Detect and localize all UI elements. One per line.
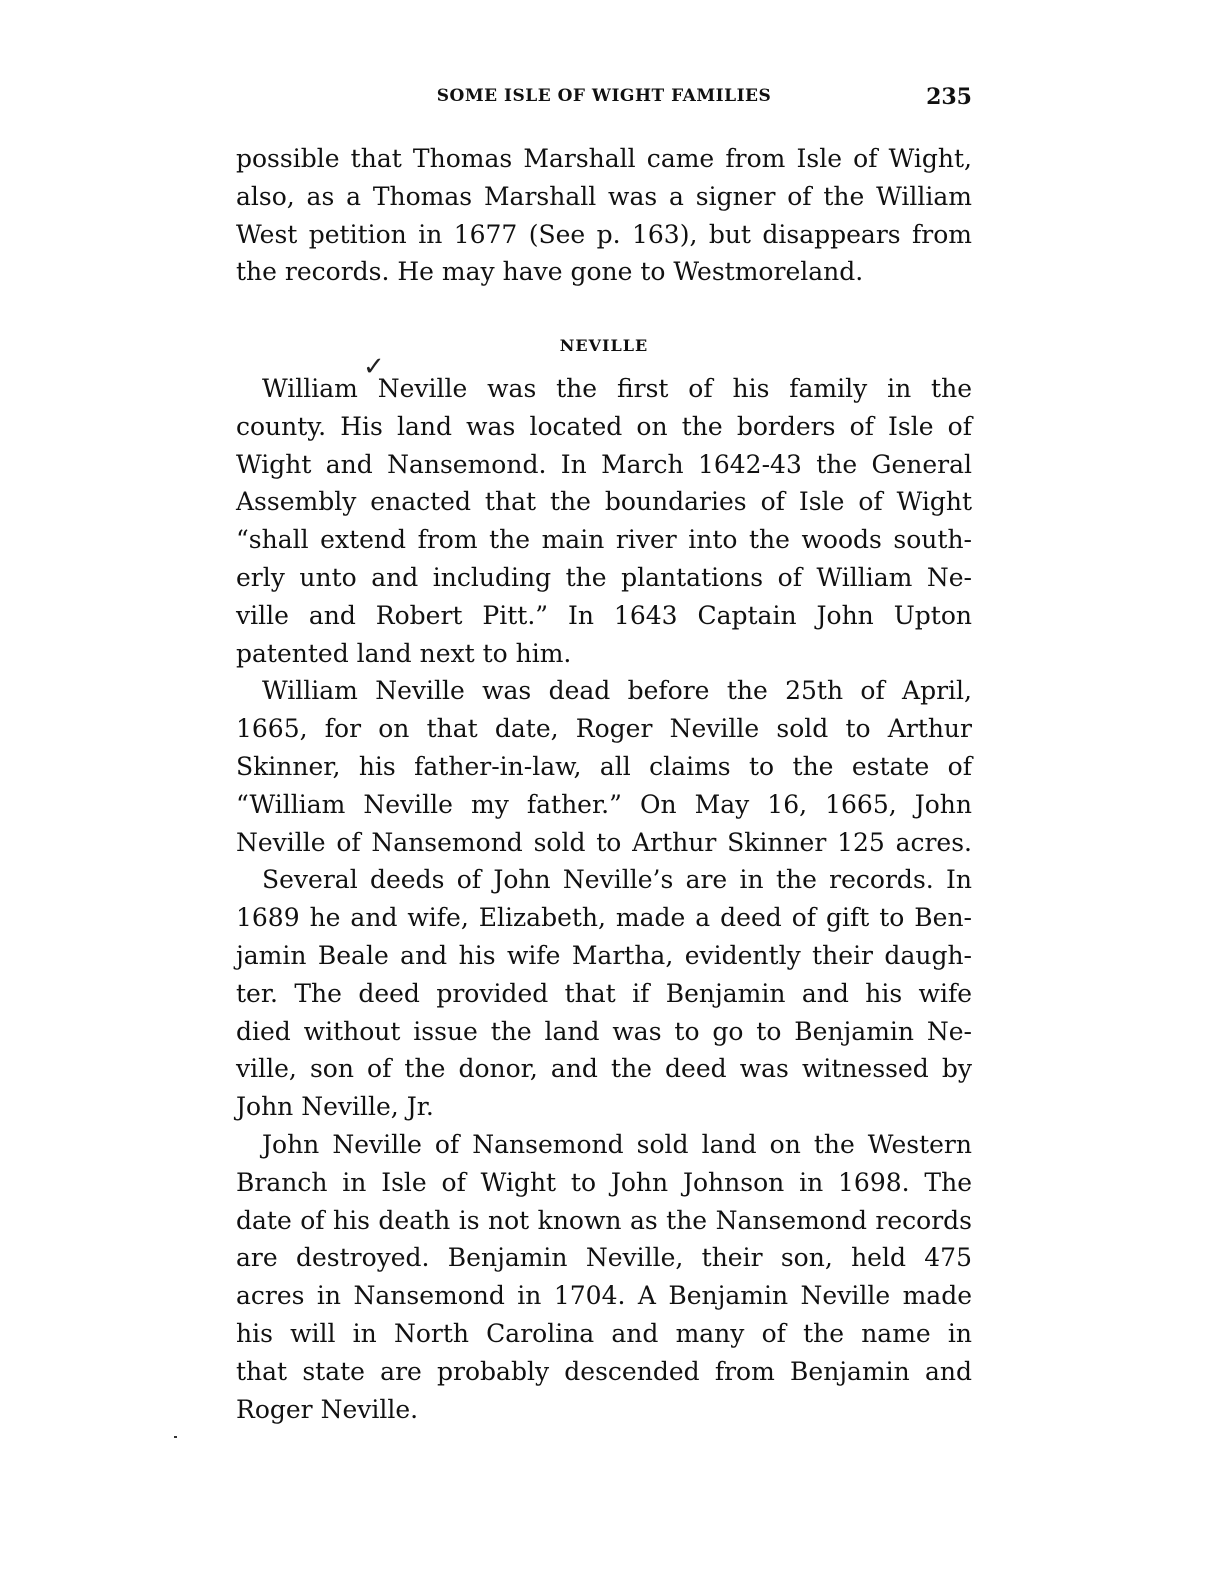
text-line: John Neville, Jr. [236,1088,972,1126]
text-line: Assembly enacted that the boundaries of … [236,483,972,521]
text-line: John Neville of Nansemond sold land on t… [236,1126,972,1164]
section-heading: NEVILLE [236,336,972,355]
text-line: 1665, for on that date, Roger Neville so… [236,710,972,748]
text-line: date of his death is not known as the Na… [236,1202,972,1240]
paragraph-4: John Neville of Nansemond sold land on t… [236,1126,972,1428]
text-line: Neville of Nansemond sold to Arthur Skin… [236,824,972,862]
paragraph-3: Several deeds of John Neville’s are in t… [236,861,972,1126]
text-line: that state are probably descended from B… [236,1353,972,1391]
page-number: 235 [926,84,972,110]
text-line: Wight and Nansemond. In March 1642-43 th… [236,446,972,484]
text-line: acres in Nansemond in 1704. A Benjamin N… [236,1277,972,1315]
running-head: SOME ISLE OF WIGHT FAMILIES 235 [236,84,972,114]
text-line: erly unto and including the plantations … [236,559,972,597]
paragraph-1: William Neville was the first of his fam… [236,370,972,672]
text-line: “shall extend from the main river into t… [236,521,972,559]
text-line: William Neville was the first of his fam… [236,370,972,408]
running-title: SOME ISLE OF WIGHT FAMILIES [236,86,972,106]
text-line: Branch in Isle of Wight to John Johnson … [236,1164,972,1202]
scan-speck [174,1436,177,1438]
book-page: SOME ISLE OF WIGHT FAMILIES 235 possible… [0,0,1224,1584]
text-line: Several deeds of John Neville’s are in t… [236,861,972,899]
text-line: the records. He may have gone to Westmor… [236,253,972,291]
text-line: ville and Robert Pitt.” In 1643 Captain … [236,597,972,635]
paragraph-2: William Neville was dead before the 25th… [236,672,972,861]
text-line: ville, son of the donor, and the deed wa… [236,1050,972,1088]
text-line: 1689 he and wife, Elizabeth, made a deed… [236,899,972,937]
neville-body: William Neville was the first of his fam… [236,370,972,1428]
text-line: county. His land was located on the bord… [236,408,972,446]
text-line: Skinner, his father-in-law, all claims t… [236,748,972,786]
text-line: ter. The deed provided that if Benjamin … [236,975,972,1013]
text-line: “William Neville my father.” On May 16, … [236,786,972,824]
text-line: Roger Neville. [236,1391,972,1429]
text-line: William Neville was dead before the 25th… [236,672,972,710]
text-line: patented land next to him. [236,635,972,673]
text-line: his will in North Carolina and many of t… [236,1315,972,1353]
text-line: jamin Beale and his wife Martha, evident… [236,937,972,975]
text-line: died without issue the land was to go to… [236,1013,972,1051]
text-line: are destroyed. Benjamin Neville, their s… [236,1239,972,1277]
text-line: West petition in 1677 (See p. 163), but … [236,216,972,254]
intro-paragraph: possible that Thomas Marshall came from … [236,140,972,291]
text-line: also, as a Thomas Marshall was a signer … [236,178,972,216]
text-line: possible that Thomas Marshall came from … [236,140,972,178]
